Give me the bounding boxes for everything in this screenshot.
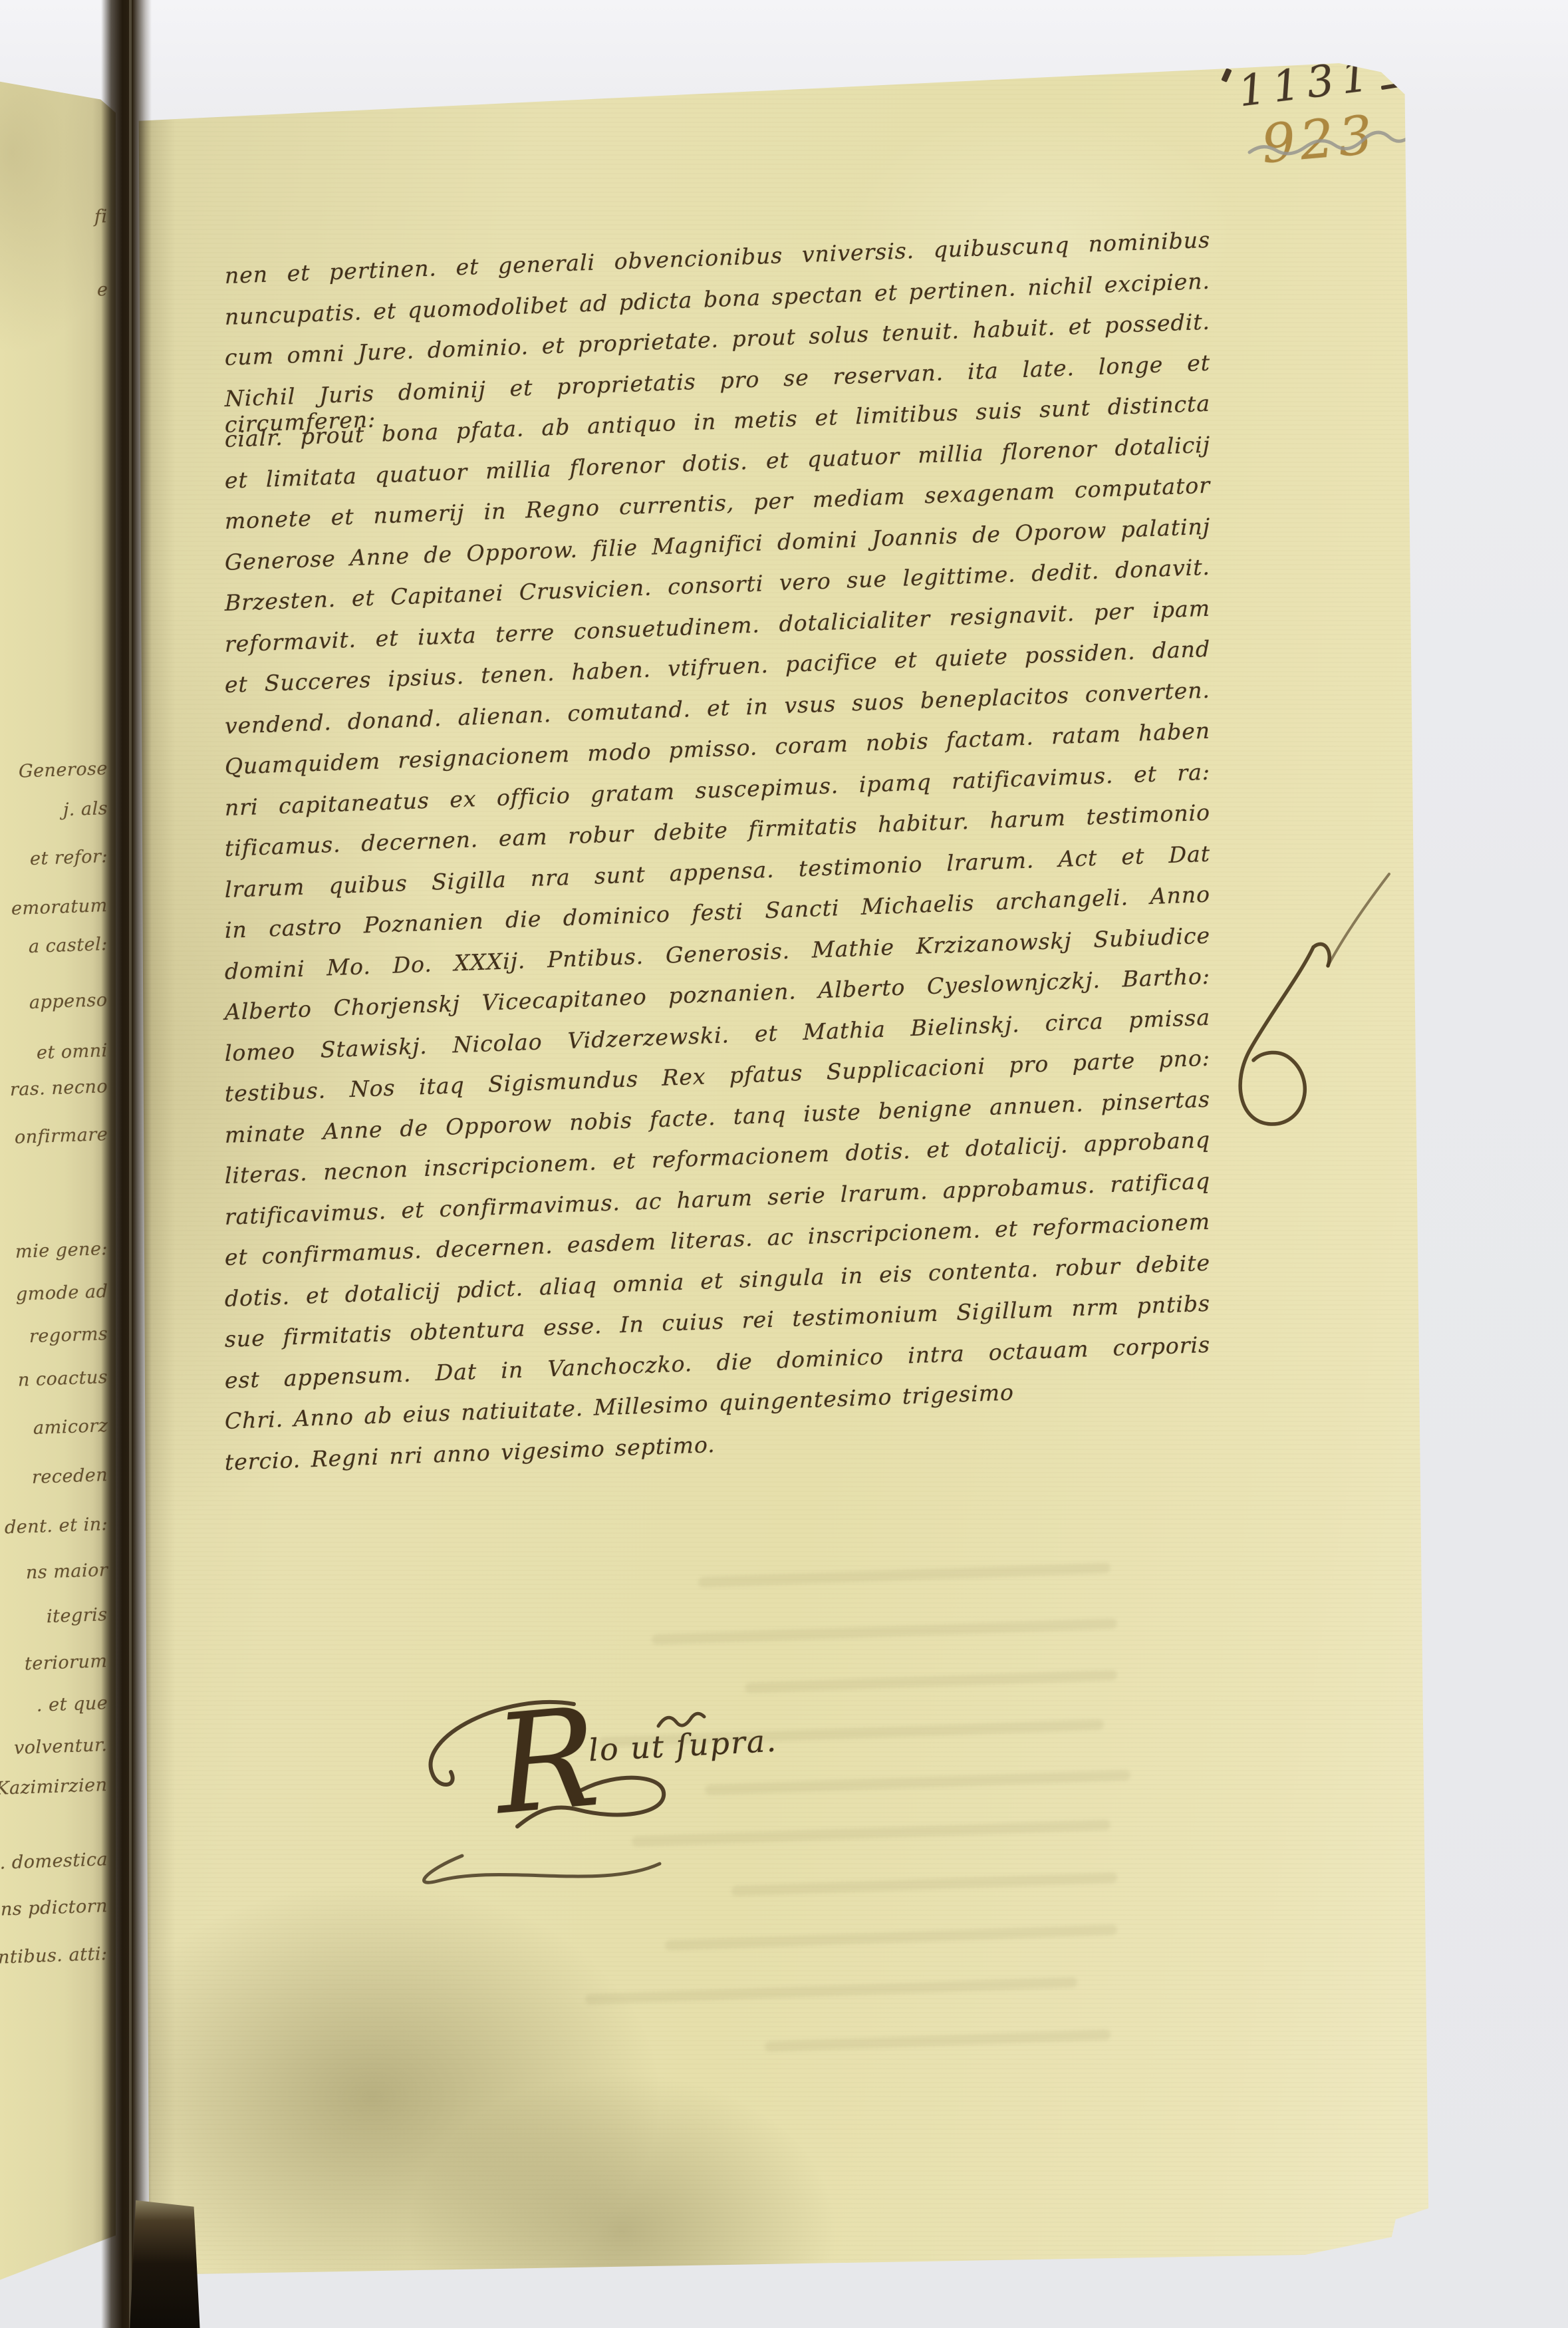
show-through-streak: [745, 1670, 1117, 1693]
margin-flourish: [1214, 865, 1413, 1237]
facing-page-line-fragment: appenso: [29, 990, 108, 1013]
signature-initial: R: [489, 1690, 604, 1835]
facing-page-line-fragment: ns maior: [26, 1560, 108, 1583]
facing-page-line-fragment: volventur.: [14, 1735, 108, 1759]
facing-page-line-fragment: a castel:: [29, 934, 108, 957]
show-through-streak: [585, 1977, 1077, 2005]
ink-mark: [1221, 68, 1232, 82]
binding-tape-bottom: [128, 2200, 203, 2328]
facing-page-line-fragment: t. Kazimirzien: [0, 1775, 108, 1800]
facing-page-line-fragment: amicorz: [33, 1415, 108, 1439]
facing-page-edge: fieGenerosej. alset refor:emoratuma cast…: [0, 64, 116, 2289]
facing-page-line-fragment: onfirmare: [15, 1124, 108, 1148]
show-through-streak: [765, 2029, 1111, 2052]
facing-page-line-fragment: . et que: [37, 1693, 108, 1716]
facing-page-line-fragment: itegris: [47, 1604, 108, 1627]
binding-tape-shine: [129, 0, 132, 2328]
facing-page-line-fragment: teriorum: [25, 1651, 108, 1674]
facing-page-line-fragment: receden: [32, 1465, 108, 1488]
ink-mark: [1381, 83, 1400, 90]
facing-page-line-fragment: ns pdictorn: [1, 1896, 108, 1920]
show-through-streak: [652, 1618, 1117, 1645]
manuscript-page: 1131 923 nen et pertinen. et generali ob…: [123, 57, 1436, 2275]
facing-page-line-fragment: regorms: [29, 1324, 108, 1347]
facing-page-line-fragment: et refor:: [30, 846, 108, 869]
facing-page-line-fragment: et omni: [37, 1040, 108, 1064]
facing-page-line-fragment: dent. et in:: [5, 1514, 108, 1538]
manuscript-photo: { "page": { "numbers": { "ink_number": "…: [0, 0, 1568, 2328]
facing-page-line-fragment: tili. domestica: [0, 1849, 108, 1874]
pencil-strike-squiggle: [1245, 122, 1438, 168]
facing-page-line-fragment: n coactus: [18, 1367, 108, 1391]
facing-page-line-fragment: ras. necno: [10, 1076, 108, 1100]
facing-page-line-fragment: emoratum: [11, 895, 108, 919]
binding-gutter: [101, 0, 152, 2328]
facing-page-line-fragment: Generose: [19, 758, 108, 782]
manuscript-text-block: nen et pertinen. et generali obvencionib…: [225, 263, 1210, 1490]
facing-page-line-fragment: gmode ad: [16, 1281, 108, 1305]
facing-page-line-fragment: mie gene:: [15, 1238, 108, 1262]
show-through-streak: [698, 1562, 1111, 1588]
facing-page-line-fragment: ntibus. atti:: [0, 1944, 108, 1968]
